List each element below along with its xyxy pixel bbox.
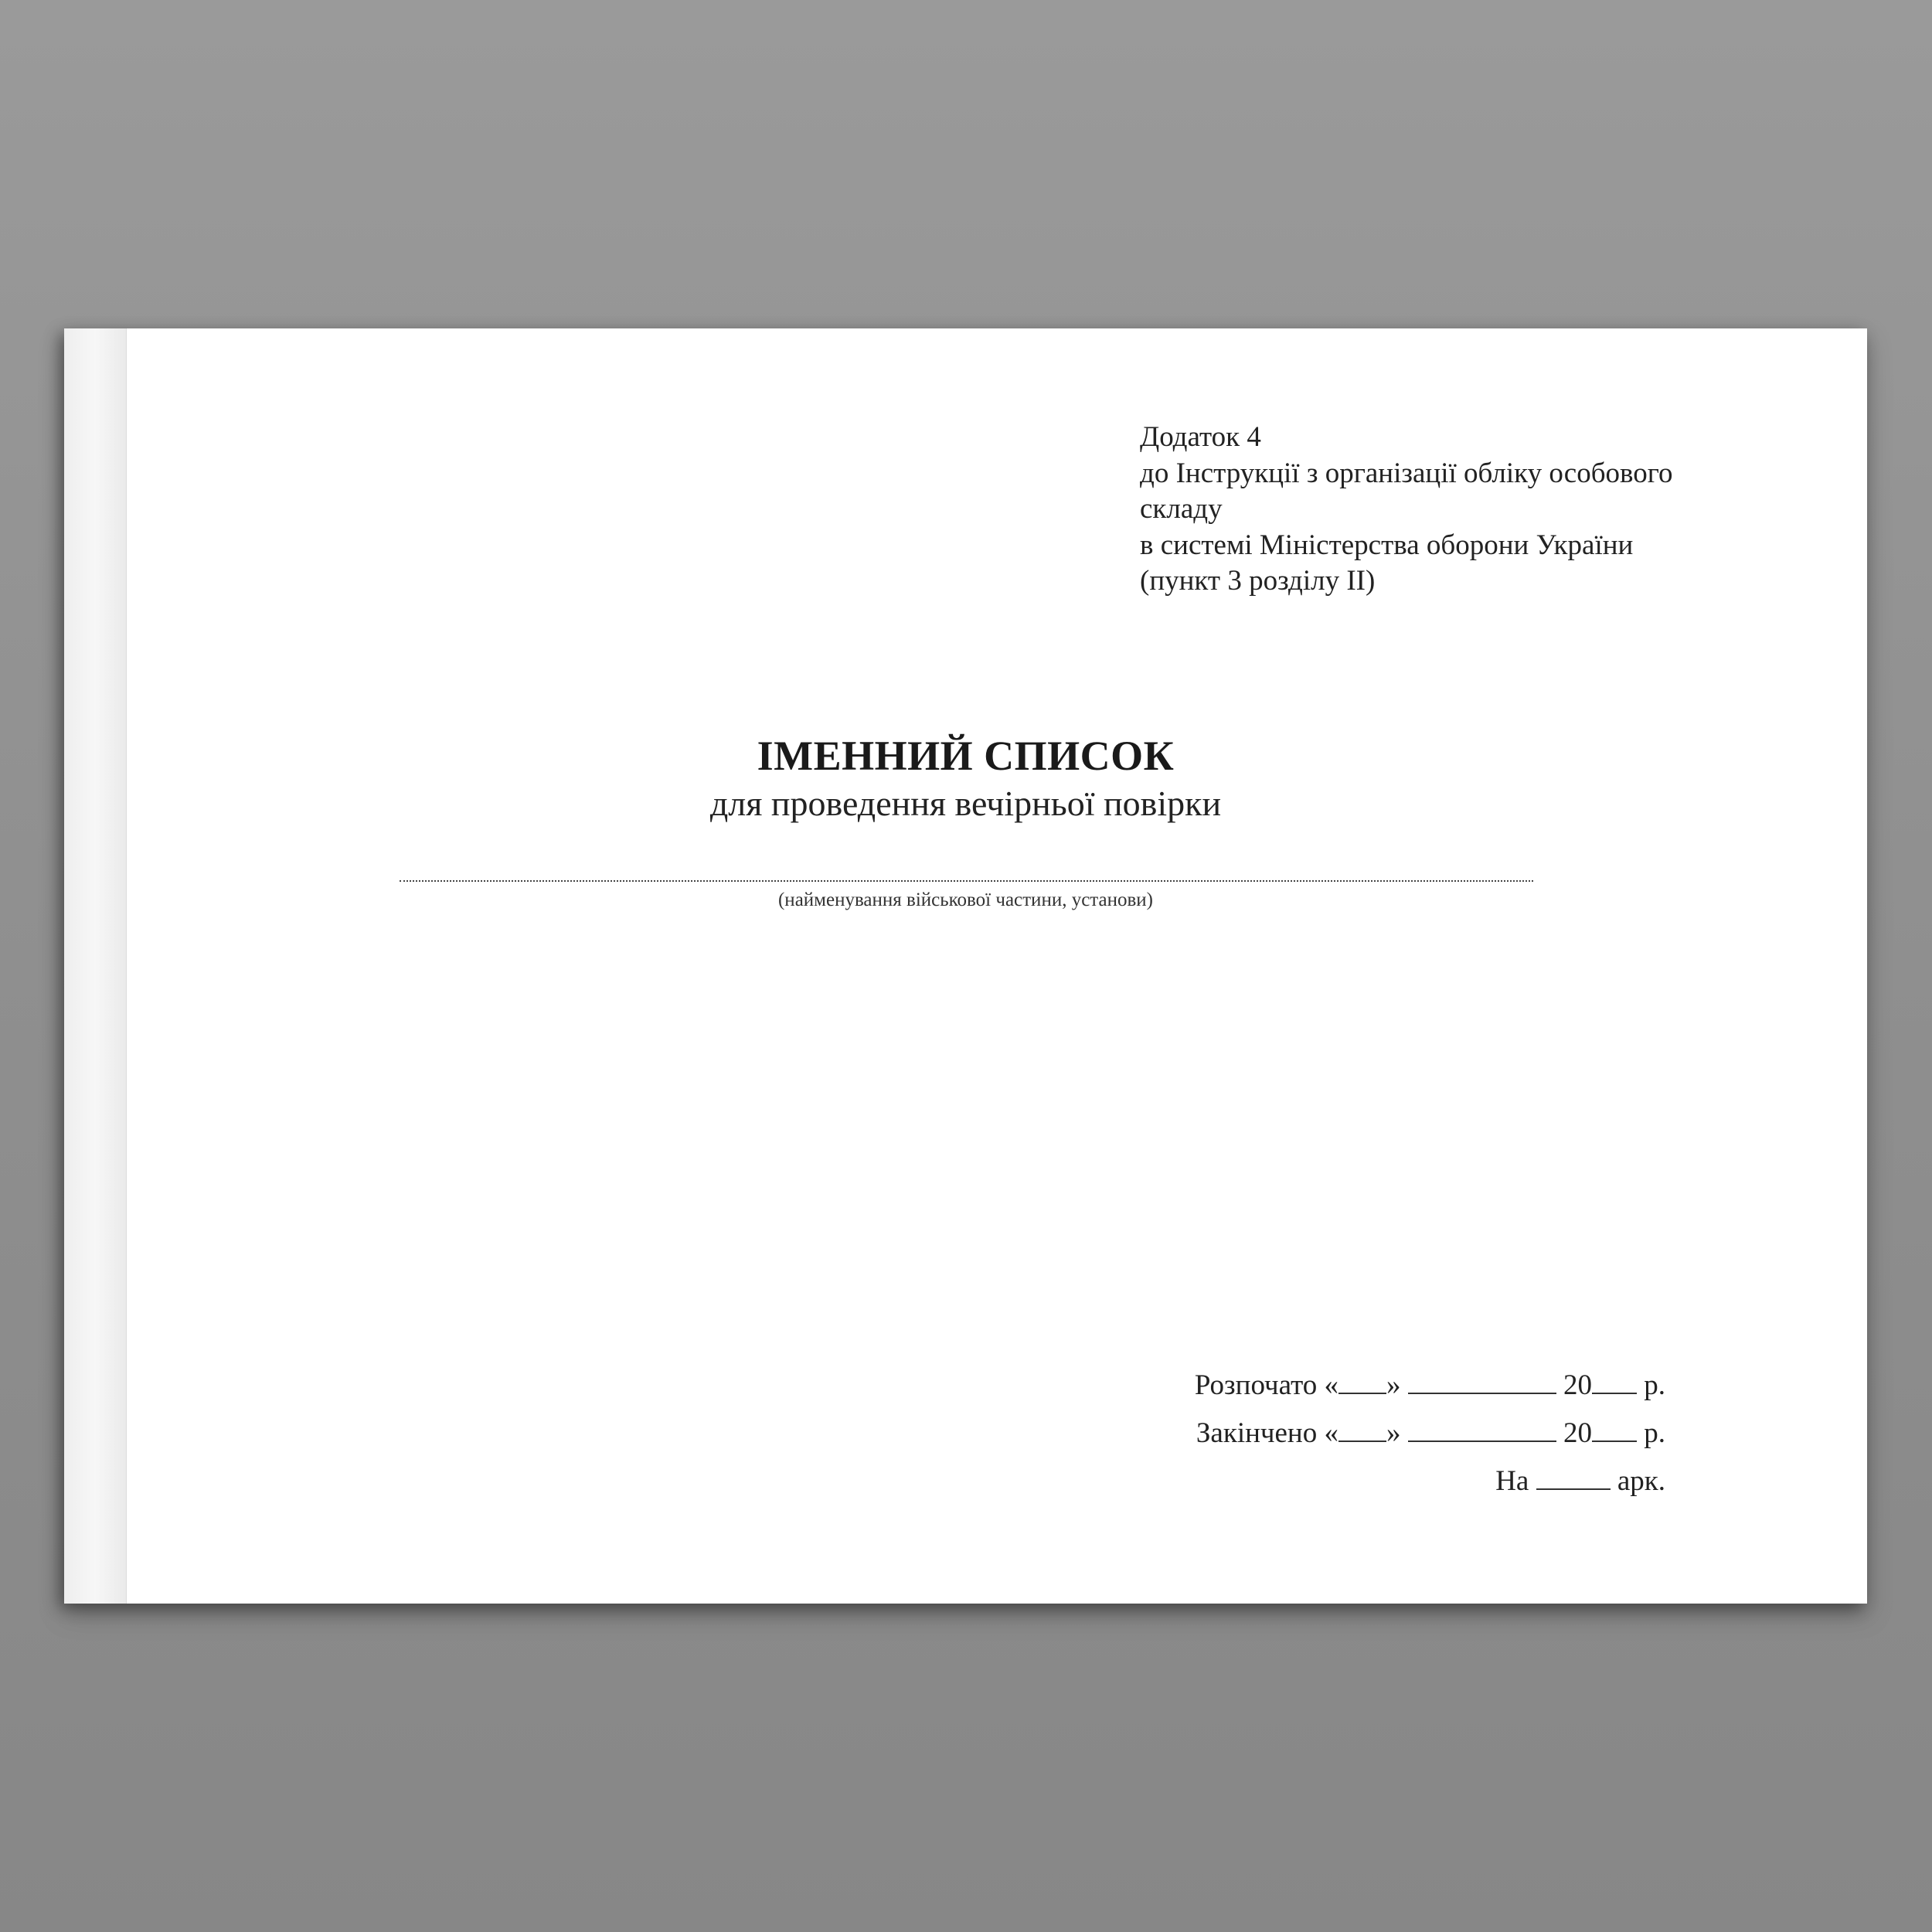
started-day-field[interactable] bbox=[1338, 1369, 1386, 1394]
finished-year-field[interactable] bbox=[1592, 1417, 1637, 1442]
document-cover: Додаток 4 до Інструкції з організації об… bbox=[64, 328, 1867, 1604]
appendix-line: (пункт 3 розділу II) bbox=[1140, 563, 1743, 600]
document-title: ІМЕННИЙ СПИСОК bbox=[64, 732, 1867, 780]
binding-spine bbox=[64, 328, 127, 1604]
sheets-count-field[interactable] bbox=[1536, 1465, 1611, 1490]
started-month-field[interactable] bbox=[1408, 1369, 1556, 1394]
sheets-suffix: арк. bbox=[1617, 1465, 1665, 1497]
date-block: Розпочато «» 20 р. Закінчено «» 20 р. На… bbox=[1195, 1362, 1665, 1505]
sheets-row: На арк. bbox=[1195, 1458, 1665, 1505]
close-quote: » bbox=[1386, 1417, 1401, 1449]
appendix-line: Додаток 4 bbox=[1140, 420, 1743, 456]
close-quote: » bbox=[1386, 1369, 1401, 1401]
started-year-field[interactable] bbox=[1592, 1369, 1637, 1394]
finished-label: Закінчено bbox=[1196, 1417, 1317, 1449]
started-label: Розпочато bbox=[1195, 1369, 1317, 1401]
sheets-prefix: На bbox=[1495, 1465, 1529, 1497]
finished-month-field[interactable] bbox=[1408, 1417, 1556, 1442]
appendix-line: до Інструкції з організації обліку особо… bbox=[1140, 456, 1743, 492]
appendix-line: складу bbox=[1140, 492, 1743, 528]
open-quote: « bbox=[1325, 1369, 1339, 1401]
year-suffix: р. bbox=[1644, 1417, 1665, 1449]
year-suffix: р. bbox=[1644, 1369, 1665, 1401]
started-row: Розпочато «» 20 р. bbox=[1195, 1362, 1665, 1410]
finished-day-field[interactable] bbox=[1338, 1417, 1386, 1442]
unit-name-caption: (найменування військової частини, устано… bbox=[64, 889, 1867, 911]
appendix-line: в системі Міністерства оборони України bbox=[1140, 528, 1743, 564]
appendix-reference: Додаток 4 до Інструкції з організації об… bbox=[1140, 420, 1743, 600]
open-quote: « bbox=[1325, 1417, 1339, 1449]
year-prefix: 20 bbox=[1563, 1417, 1592, 1449]
unit-name-field[interactable] bbox=[400, 880, 1533, 882]
year-prefix: 20 bbox=[1563, 1369, 1592, 1401]
finished-row: Закінчено «» 20 р. bbox=[1195, 1410, 1665, 1458]
document-subtitle: для проведення вечірньої повірки bbox=[64, 783, 1867, 824]
